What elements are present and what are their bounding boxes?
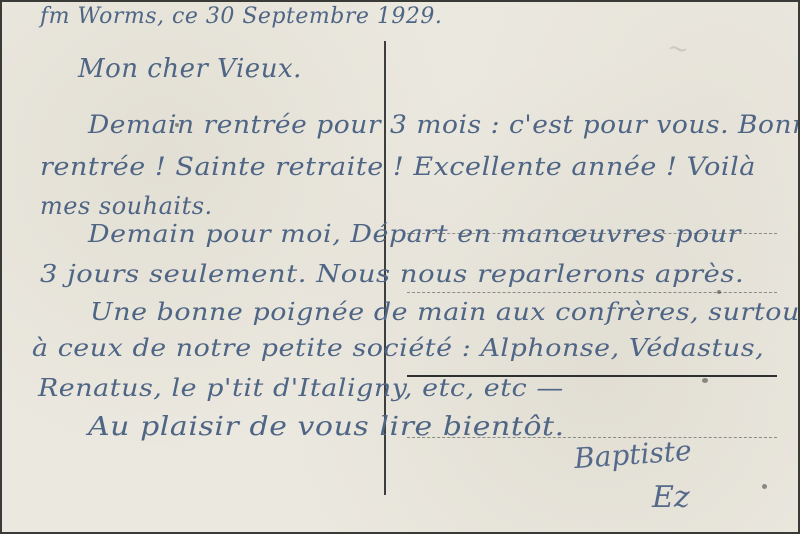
body-line-5: 3 jours seulement. Nous nous reparlerons…	[40, 260, 744, 288]
stain-spot	[702, 378, 708, 383]
signature-flourish: Ez	[652, 480, 690, 515]
body-line-7: à ceux de notre petite société : Alphons…	[32, 334, 764, 362]
postcard-back: ~ fm Worms, ce 30 Septembre 1929. Mon ch…	[2, 2, 798, 532]
signature: Baptiste	[573, 434, 693, 475]
faint-pencil-mark: ~	[665, 32, 692, 65]
salutation: Mon cher Vieux.	[78, 54, 302, 84]
body-line-2: rentrée ! Sainte retraite ! Excellente a…	[40, 152, 756, 181]
stain-spot	[175, 123, 179, 127]
stain-spot	[762, 484, 767, 489]
stain-spot	[717, 290, 721, 294]
body-line-6: Une bonne poignée de main aux confrères,…	[90, 298, 798, 326]
body-line-8: Renatus, le p'tit d'Italigny, etc, etc —	[38, 374, 564, 402]
address-line-2	[407, 292, 777, 293]
body-line-3: mes souhaits.	[40, 192, 213, 220]
body-line-1: Demain rentrée pour 3 mois : c'est pour …	[88, 110, 798, 139]
body-line-9: Au plaisir de vous lire bientôt.	[88, 412, 565, 442]
header-place-date: fm Worms, ce 30 Septembre 1929.	[40, 4, 442, 29]
body-line-4: Demain pour moi, Départ en manœuvres pou…	[88, 220, 741, 248]
